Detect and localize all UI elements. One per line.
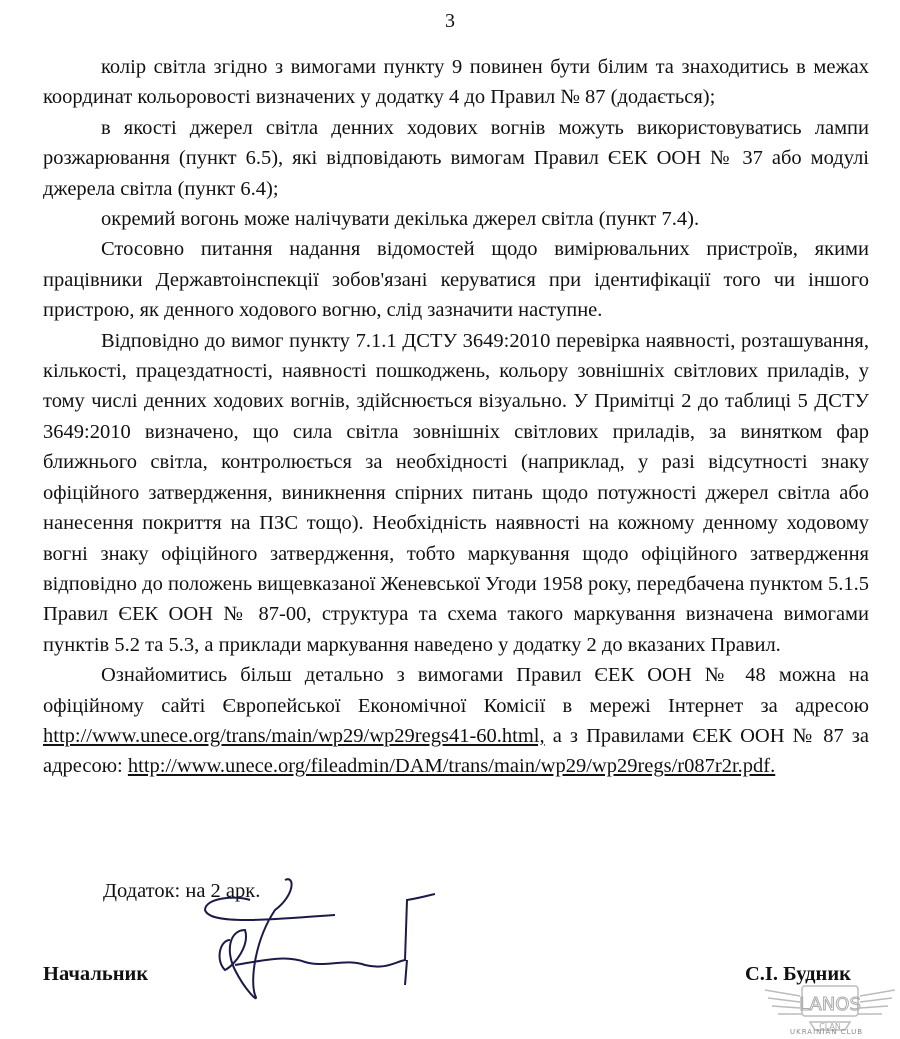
paragraph: в якості джерел світла денних ходових во…	[43, 113, 869, 204]
paragraph: колір світла згідно з вимогами пункту 9 …	[43, 52, 869, 113]
signer-position: Начальник	[43, 963, 148, 986]
paragraph: Відповідно до вимог пункту 7.1.1 ДСТУ 36…	[43, 326, 869, 660]
paragraph-text: Ознайомитись більш детально з вимогами П…	[43, 664, 869, 716]
page-number: 3	[0, 10, 900, 33]
logo-title: LANOS	[799, 994, 861, 1015]
document-body: колір світла згідно з вимогами пункту 9 …	[43, 52, 869, 782]
paragraph-links: Ознайомитись більш детально з вимогами П…	[43, 660, 869, 782]
logo-caption: UKRAINIAN CLUB	[790, 1028, 863, 1036]
paragraph: окремий вогонь може налічувати декілька …	[43, 204, 869, 234]
unece-regs-41-60-link[interactable]: http://www.unece.org/trans/main/wp29/wp2…	[43, 725, 545, 747]
document-page: 3 колір світла згідно з вимогами пункту …	[0, 0, 900, 1039]
unece-r087-pdf-link[interactable]: http://www.unece.org/fileadmin/DAM/trans…	[128, 755, 775, 777]
signature-icon	[175, 870, 435, 1010]
paragraph: Стосовно питання надання відомостей щодо…	[43, 234, 869, 325]
